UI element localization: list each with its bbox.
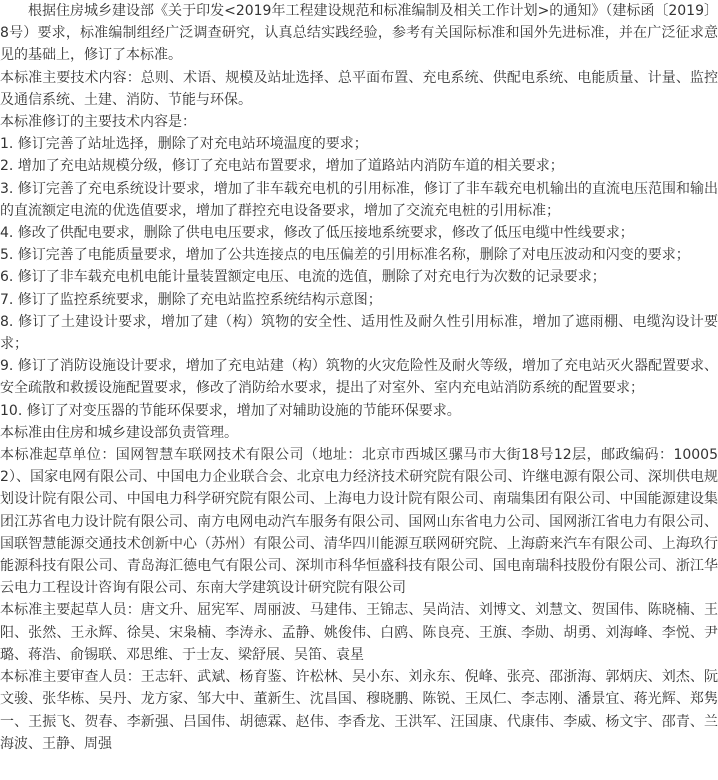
revision-item-5: 5. 修订完善了电能质量要求，增加了公共连接点的电压偏差的引用标准名称，删除了对… [0,244,718,266]
revision-item-6: 6. 修订了非车载充电机电能计量装置额定电压、电流的选值，删除了对充电行为次数的… [0,266,718,288]
revision-heading: 本标准修订的主要技术内容是： [0,111,718,133]
revision-item-10: 10. 修订了对变压器的节能环保要求，增加了对辅助设施的节能环保要求。 [0,400,718,422]
intro-paragraph: 根据住房城乡建设部《关于印发<2019年工程建设规范和标准编制及相关工作计划>的… [0,0,718,67]
revision-item-1: 1. 修订完善了站址选择，删除了对充电站环境温度的要求； [0,133,718,155]
revision-item-4: 4. 修改了供配电要求，删除了供电电压要求，修改了低压接地系统要求，修改了低压电… [0,222,718,244]
main-technical-content: 本标准主要技术内容：总则、术语、规模及站址选择、总平面布置、充电系统、供配电系统… [0,67,718,111]
revision-item-7: 7. 修订了监控系统要求，删除了充电站监控系统结构示意图； [0,289,718,311]
drafting-units: 本标准起草单位：国网智慧车联网技术有限公司（地址：北京市西城区骡马市大街18号1… [0,444,718,599]
revision-item-3: 3. 修订完善了充电系统设计要求，增加了非车载充电机的引用标准，修订了非车载充电… [0,178,718,222]
main-drafters: 本标准主要起草人员：唐文升、屈宪军、周丽波、马建伟、王锦志、吴尚洁、刘博文、刘慧… [0,599,718,666]
standard-preface-document: 根据住房城乡建设部《关于印发<2019年工程建设规范和标准编制及相关工作计划>的… [0,0,718,755]
revision-item-9: 9. 修订了消防设施设计要求，增加了充电站建（构）筑物的火灾危险性及耐火等级，增… [0,355,718,399]
main-reviewers: 本标准主要审查人员：王志轩、武斌、杨育鉴、许松林、吴小东、刘永东、倪峰、张亮、邵… [0,666,718,755]
management-statement: 本标准由住房和城乡建设部负责管理。 [0,422,718,444]
revision-item-2: 2. 增加了充电站规模分级，修订了充电站布置要求，增加了道路站内消防车道的相关要… [0,155,718,177]
revision-item-8: 8. 修订了土建设计要求，增加了建（构）筑物的安全性、适用性及耐久性引用标准，增… [0,311,718,355]
